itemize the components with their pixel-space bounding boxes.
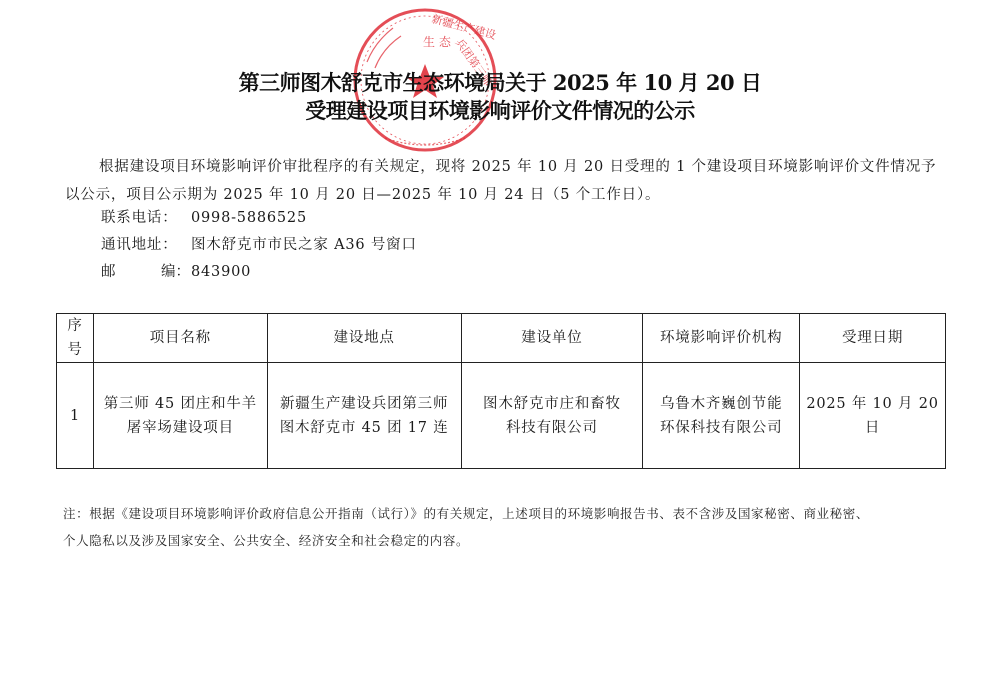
col-header-index: 序号 — [57, 314, 94, 363]
location-line-2: 图木舒克市 45 团 17 连 — [272, 416, 457, 440]
postal-label-part1: 邮 — [101, 260, 161, 281]
builder-line-1: 图木舒克市庄和畜牧 — [466, 392, 639, 416]
footnote-line-2: 个人隐私以及涉及国家安全、公共安全、经济安全和社会稳定的内容。 — [63, 527, 953, 554]
svg-text:生 态: 生 态 — [423, 34, 452, 49]
project-name-line-2: 屠宰场建设项目 — [98, 416, 263, 440]
contact-address: 通讯地址：图木舒克市市民之家 A36 号窗口 — [101, 233, 417, 254]
document-title-line-1: 第三师图木舒克市生态环境局关于 2025 年 10 月 20 日 — [0, 67, 1000, 97]
col-header-builder: 建设单位 — [461, 314, 643, 363]
cell-eia-agency: 乌鲁木齐巍创节能 环保科技有限公司 — [643, 363, 800, 469]
postal-value: 843900 — [191, 264, 251, 280]
postal-label: 邮编： — [101, 260, 191, 281]
table-header-row: 序号 项目名称 建设地点 建设单位 环境影响评价机构 受理日期 — [57, 314, 946, 363]
document-title-line-2: 受理建设项目环境影响评价文件情况的公示 — [0, 95, 1000, 125]
address-label: 通讯地址： — [101, 233, 191, 254]
contact-postal: 邮编：843900 — [101, 260, 251, 281]
agency-line-2: 环保科技有限公司 — [647, 416, 795, 440]
footnote: 注：根据《建设项目环境影响评价政府信息公开指南（试行）》的有关规定，上述项目的环… — [63, 500, 953, 554]
postal-label-part2: 编： — [161, 260, 190, 281]
builder-line-2: 科技有限公司 — [466, 416, 639, 440]
agency-line-1: 乌鲁木齐巍创节能 — [647, 392, 795, 416]
intro-paragraph: 根据建设项目环境影响评价审批程序的有关规定，现将 2025 年 10 月 20 … — [65, 153, 945, 209]
footnote-line-1: 注：根据《建设项目环境影响评价政府信息公开指南（试行）》的有关规定，上述项目的环… — [63, 500, 953, 527]
cell-accept-date: 2025 年 10 月 20 日 — [800, 363, 946, 469]
contact-phone: 联系电话：0998-5886525 — [101, 206, 307, 227]
project-table: 序号 项目名称 建设地点 建设单位 环境影响评价机构 受理日期 1 第三师 45… — [56, 313, 946, 469]
col-header-eia-agency: 环境影响评价机构 — [643, 314, 800, 363]
address-value: 图木舒克市市民之家 A36 号窗口 — [191, 237, 417, 253]
col-header-location: 建设地点 — [267, 314, 461, 363]
col-header-project-name: 项目名称 — [93, 314, 267, 363]
cell-project-name: 第三师 45 团庄和牛羊 屠宰场建设项目 — [93, 363, 267, 469]
table-row: 1 第三师 45 团庄和牛羊 屠宰场建设项目 新疆生产建设兵团第三师 图木舒克市… — [57, 363, 946, 469]
location-line-1: 新疆生产建设兵团第三师 — [272, 392, 457, 416]
cell-index: 1 — [57, 363, 94, 469]
cell-location: 新疆生产建设兵团第三师 图木舒克市 45 团 17 连 — [267, 363, 461, 469]
cell-builder: 图木舒克市庄和畜牧 科技有限公司 — [461, 363, 643, 469]
phone-label: 联系电话： — [101, 206, 191, 227]
project-name-line-1: 第三师 45 团庄和牛羊 — [98, 392, 263, 416]
col-header-accept-date: 受理日期 — [800, 314, 946, 363]
phone-value: 0998-5886525 — [191, 210, 307, 226]
